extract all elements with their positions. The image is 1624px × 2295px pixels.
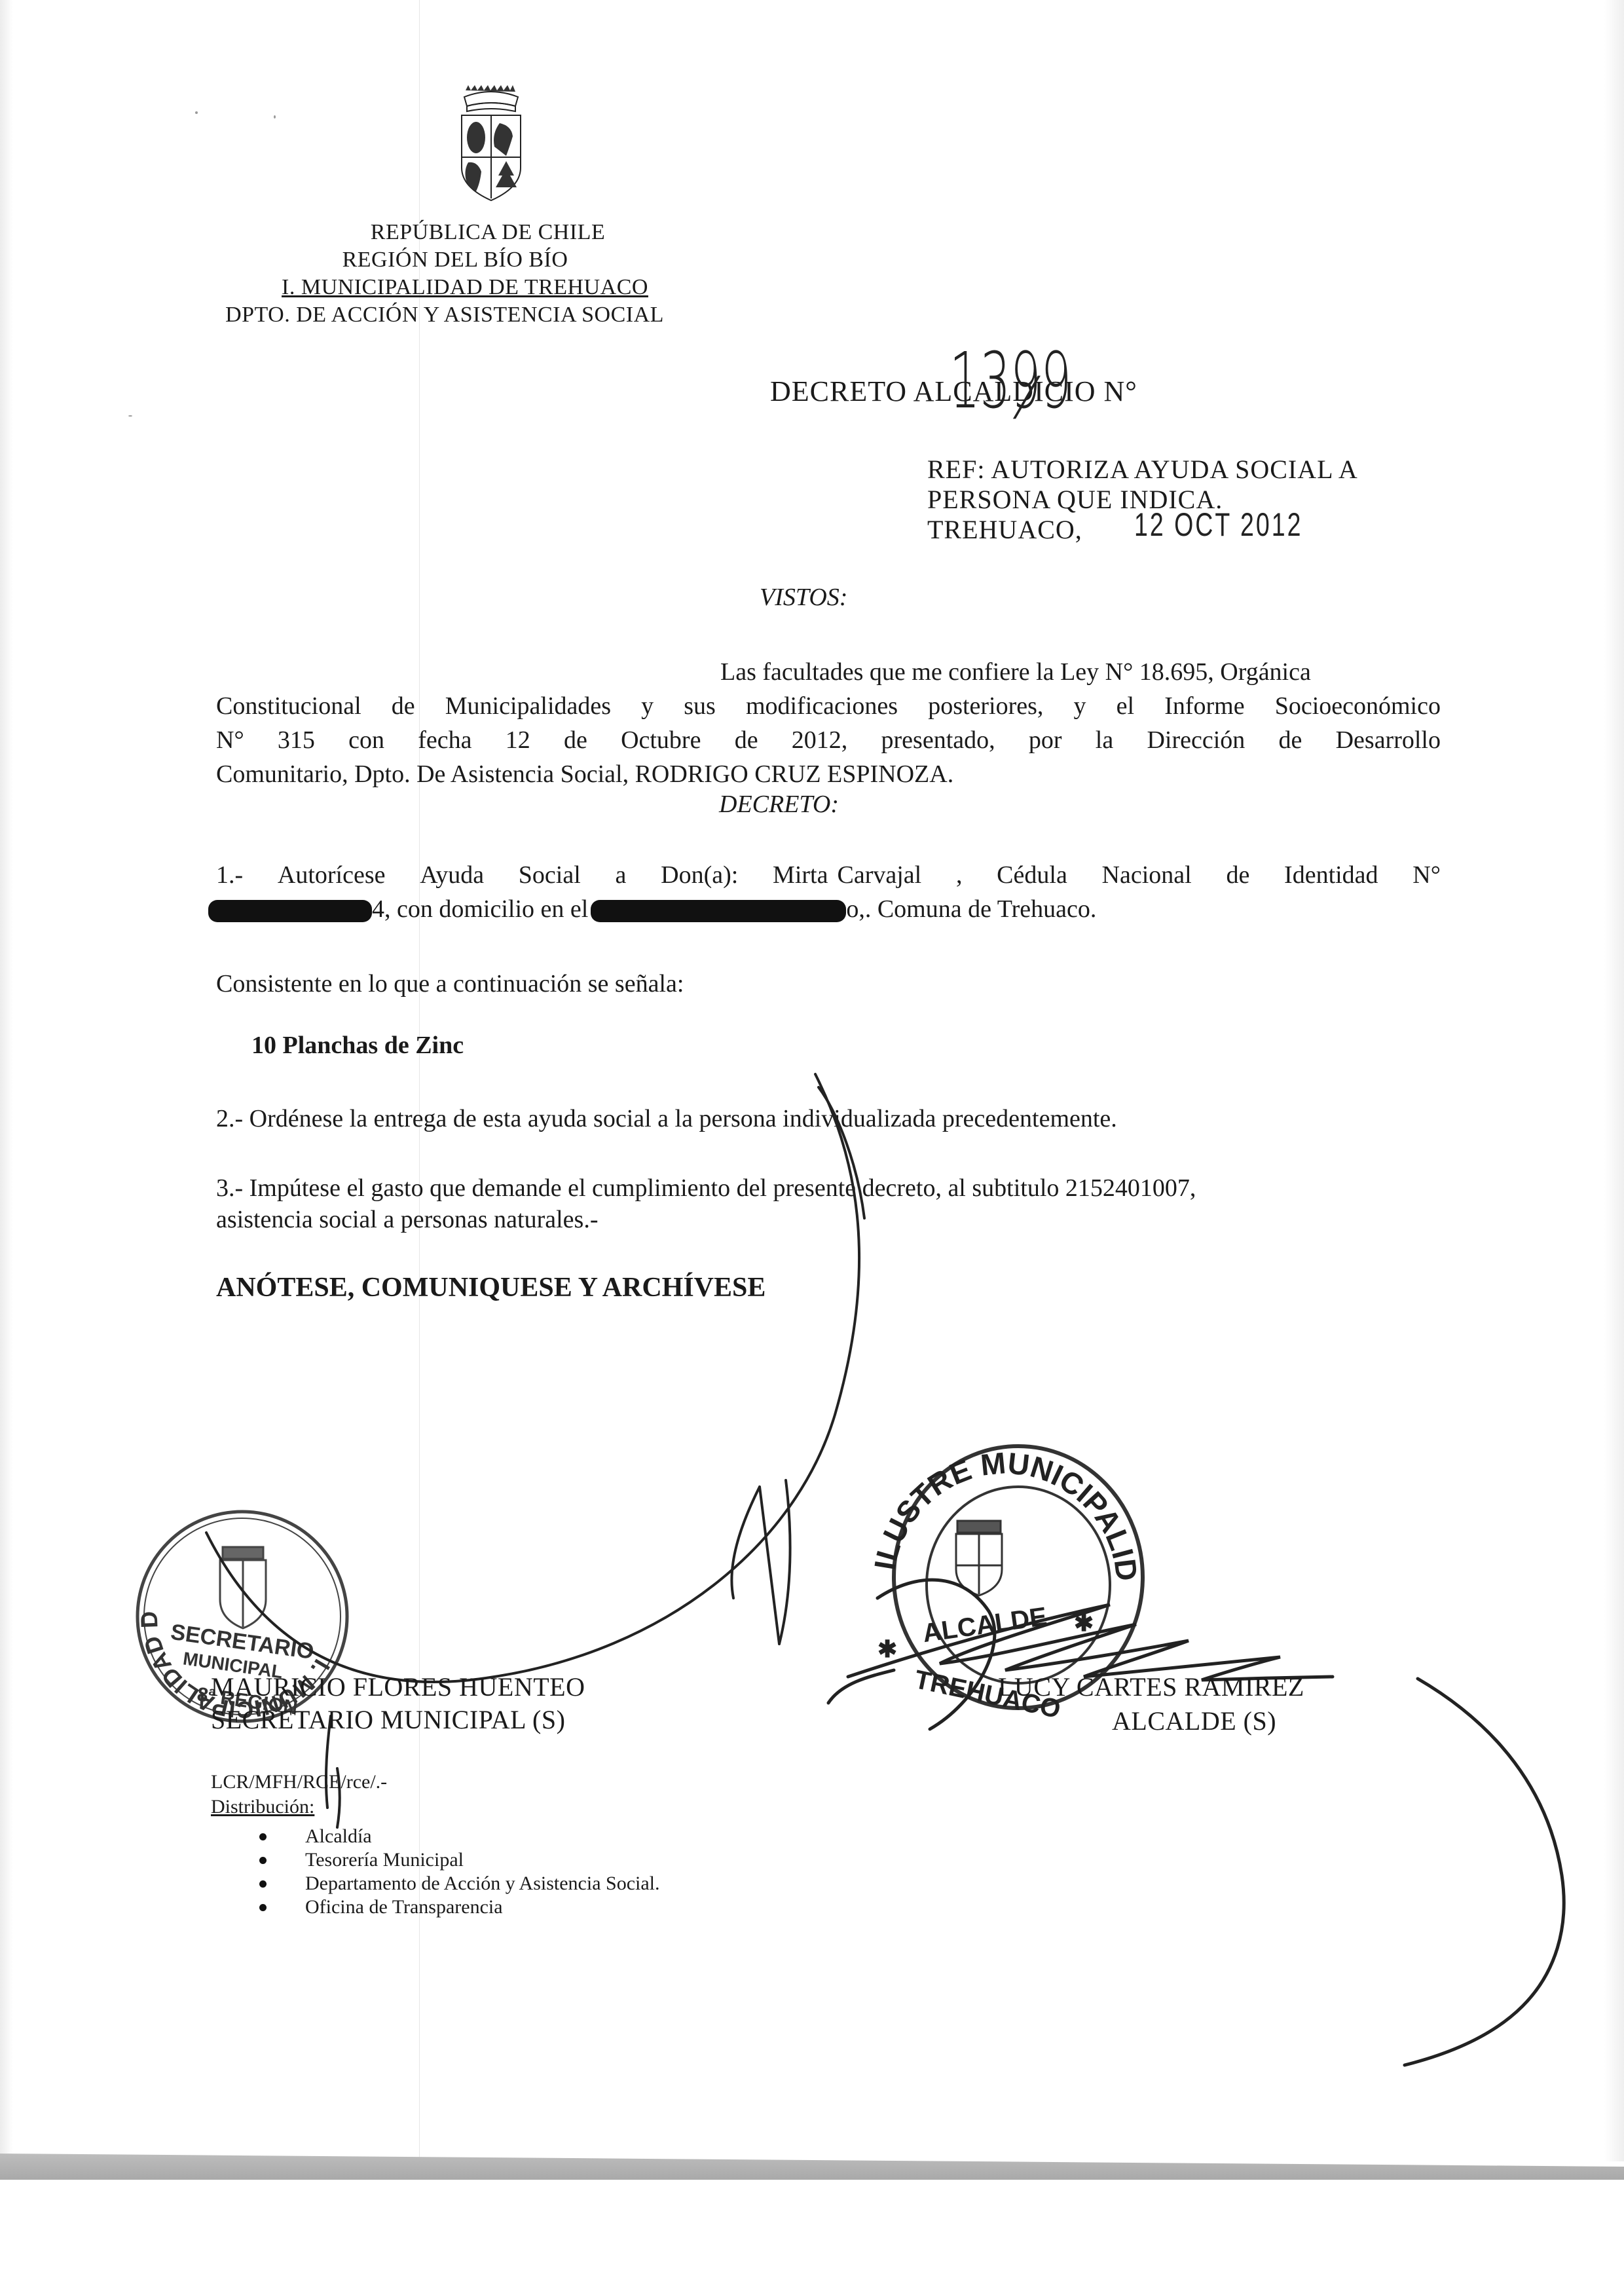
word: y [641, 689, 654, 723]
word: 2012, [792, 723, 848, 757]
word: por [1029, 723, 1062, 757]
word: Nacional [1102, 858, 1192, 892]
header-municipality: I. MUNICIPALIDAD DE TREHUACO [282, 275, 648, 300]
word: Mirta [773, 858, 828, 892]
vistos-line-2: Constitucional de Municipalidades y sus … [216, 689, 1441, 723]
distribution-item-label: Departamento de Acción y Asistencia Soci… [305, 1873, 660, 1894]
word: 12 [506, 723, 530, 757]
word: de [1278, 723, 1302, 757]
word: Octubre [621, 723, 701, 757]
mayor-title: ALCALDE (S) [1112, 1706, 1276, 1736]
bullet-icon [259, 1880, 267, 1888]
word: de [564, 723, 587, 757]
item-3-line-2: asistencia social a personas naturales.- [216, 1203, 599, 1237]
word: a [616, 858, 627, 892]
mayor-stamp-crest-icon [956, 1521, 1002, 1595]
stamps-and-signatures-layer: I. MUNICIPALIDAD DE TREHUACO SECRETARIO … [0, 0, 1624, 2295]
word: y [1074, 689, 1086, 723]
header-region: REGIÓN DEL BÍO BÍO [331, 248, 580, 272]
vistos-heading: VISTOS: [760, 580, 847, 614]
redacted-id-number [208, 900, 372, 922]
word: posteriores, [928, 689, 1043, 723]
typist-initials: LCR/MFH/RCE/rce/.- [211, 1771, 387, 1793]
word: Identidad [1284, 858, 1378, 892]
distribution-item: Tesorería Municipal [259, 1848, 660, 1872]
vistos-line-4: Comunitario, Dpto. De Asistencia Social,… [216, 757, 953, 791]
distribution-item: Oficina de Transparencia [259, 1895, 660, 1919]
domicile-label: con domicilio en el [397, 895, 588, 923]
header-department: DPTO. DE ACCIÓN Y ASISTENCIA SOCIAL [219, 303, 671, 327]
word: Ayuda [420, 858, 484, 892]
id-suffix: 4, [372, 895, 391, 923]
scan-speck [274, 115, 276, 119]
scan-edge-left [0, 0, 13, 2161]
bullet-icon [259, 1904, 267, 1911]
scan-speck [195, 111, 198, 114]
word: N° [216, 723, 244, 757]
mayor-name: LUCY CARTES RAMIREZ [998, 1671, 1304, 1702]
secretary-title: SECRETARIO MUNICIPAL (S) [211, 1704, 565, 1735]
vistos-line-3: N° 315 con fecha 12 de Octubre de 2012, … [216, 723, 1441, 757]
item-2: 2.- Ordénese la entrega de esta ayuda so… [216, 1102, 1117, 1136]
word: Constitucional [216, 689, 361, 723]
word: Social [519, 858, 581, 892]
bullet-icon [259, 1857, 267, 1864]
mayor-signature [828, 1580, 1564, 2065]
consistente-text: Consistente en lo que a continuación se … [216, 967, 684, 1001]
word: de [392, 689, 415, 723]
ref-line-1: REF: AUTORIZA AYUDA SOCIAL A [927, 455, 1358, 485]
word: Socioeconómico [1275, 689, 1441, 723]
distribution-list: Alcaldía Tesorería Municipal Departament… [259, 1825, 660, 1919]
scan-bottom-shadow [0, 2154, 1624, 2180]
beneficiary-name: Mirta Carvajal [773, 858, 921, 892]
word: de [1226, 858, 1249, 892]
svg-text:✱: ✱ [1074, 1609, 1094, 1636]
word: Dirección [1147, 723, 1245, 757]
closing-formula: ANÓTESE, COMUNIQUESE Y ARCHÍVESE [216, 1271, 766, 1305]
date-stamp: 12 OCT 2012 [1134, 506, 1302, 544]
word: el [1116, 689, 1134, 723]
distribution-item-label: Oficina de Transparencia [305, 1896, 503, 1918]
item-1-line-2: 4, con domicilio en elo,. Comuna de Treh… [208, 892, 1096, 926]
decreto-heading: DECRETO: [719, 787, 839, 821]
word: N° [1412, 858, 1441, 892]
mayor-stamp [894, 1446, 1143, 1708]
distribution-item-label: Tesorería Municipal [305, 1849, 464, 1871]
word: de [735, 723, 758, 757]
word: sus [684, 689, 716, 723]
item-3-line-1: 3.- Impútese el gasto que demande el cum… [216, 1171, 1196, 1205]
distribution-item: Alcaldía [259, 1825, 660, 1848]
secretary-name: MAURICIO FLORES HUENTEO [211, 1671, 585, 1702]
commune-text: o,. Comuna de Trehuaco. [846, 895, 1096, 923]
header-country: REPÚBLICA DE CHILE [363, 220, 612, 245]
word: Carvajal [837, 858, 921, 892]
distribution-label: Distribución: [211, 1796, 314, 1818]
decree-number-handwritten: 1399 [950, 342, 1071, 419]
distribution-item: Departamento de Acción y Asistencia Soci… [259, 1872, 660, 1895]
word: con [348, 723, 384, 757]
word: fecha [418, 723, 471, 757]
word: Informe [1164, 689, 1244, 723]
word: , [956, 858, 963, 892]
word: Desarrollo [1336, 723, 1441, 757]
distribution-item-label: Alcaldía [305, 1825, 372, 1847]
aid-item-detail: 10 Planchas de Zinc [251, 1028, 464, 1062]
word: Autorícese [278, 858, 386, 892]
bullet-icon [259, 1833, 267, 1840]
scan-speck [128, 415, 132, 417]
redacted-address [591, 900, 846, 922]
word: modificaciones [746, 689, 898, 723]
vistos-line-1: Las facultades que me confiere la Ley N°… [720, 655, 1311, 689]
scan-edge-right [1604, 0, 1624, 2161]
word: Don(a): [661, 858, 738, 892]
word: Municipalidades [445, 689, 611, 723]
secretary-stamp-crest-icon [220, 1547, 266, 1628]
word: presentado, [881, 723, 995, 757]
item-number: 1.- [216, 858, 243, 892]
svg-text:✱: ✱ [877, 1635, 897, 1662]
item-1-line-1: 1.- Autorícese Ayuda Social a Don(a): Mi… [216, 858, 1441, 892]
svg-text:SECRETARIO: SECRETARIO [169, 1620, 316, 1664]
report-number: 315 [278, 723, 315, 757]
word: la [1096, 723, 1113, 757]
coat-of-arms-icon [455, 84, 527, 208]
scanned-decree-page: REPÚBLICA DE CHILE REGIÓN DEL BÍO BÍO I.… [0, 0, 1624, 2295]
place-label: TREHUACO, [927, 515, 1082, 545]
svg-text:ALCALDE: ALCALDE [921, 1602, 1048, 1648]
word: Cédula [997, 858, 1067, 892]
